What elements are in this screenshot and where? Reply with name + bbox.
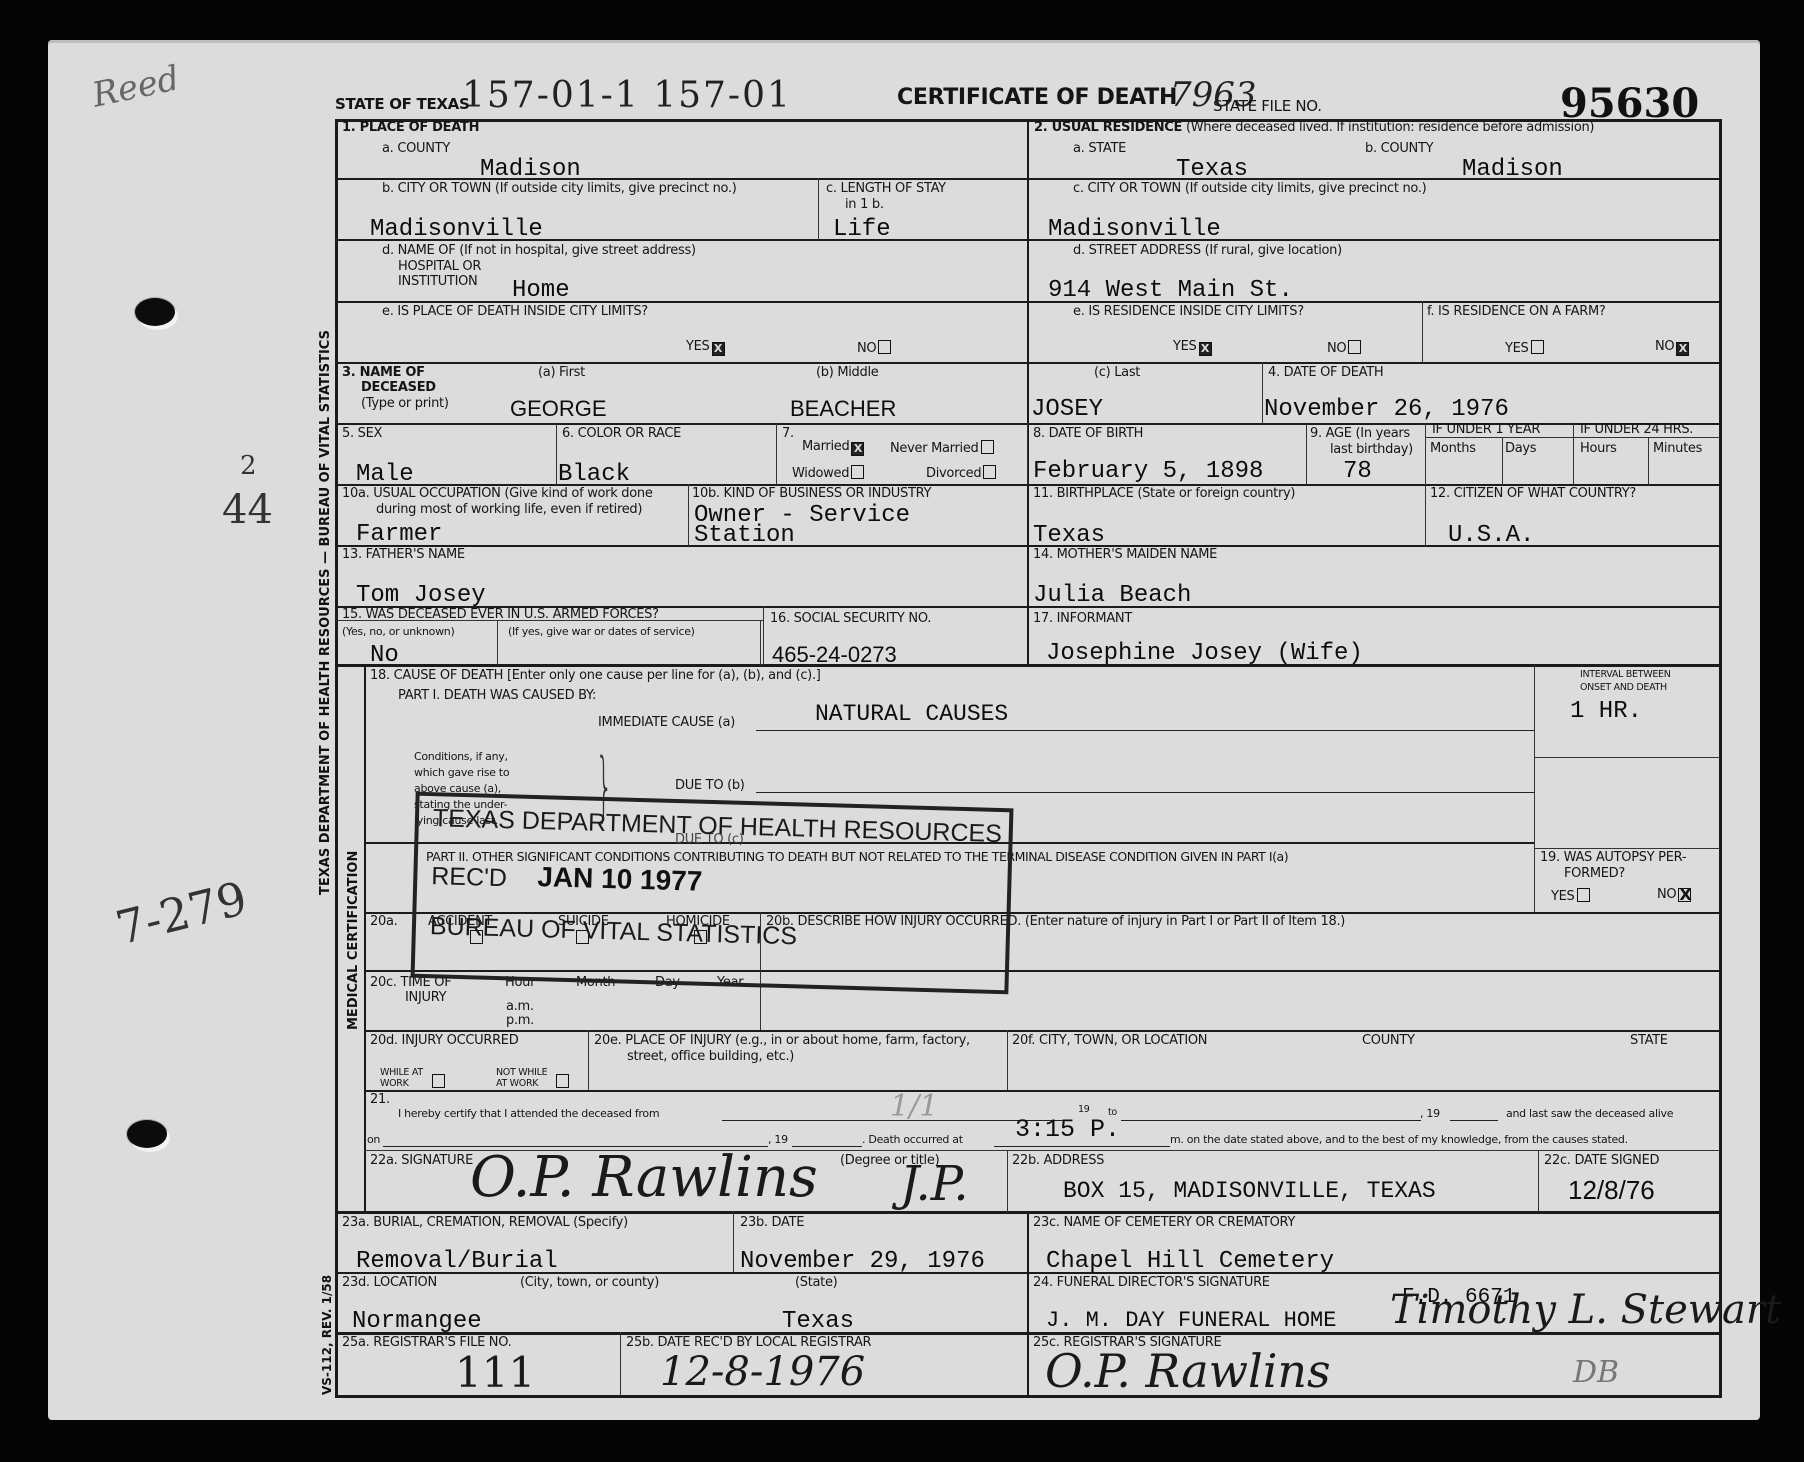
father-label: 13. FATHER'S NAME [342, 548, 465, 563]
birthplace-label: 11. BIRTHPLACE (State or foreign country… [1033, 487, 1295, 502]
res-state-label: a. STATE [1073, 142, 1126, 157]
yes-label: YES [1173, 339, 1197, 354]
interval-value[interactable]: 1 HR. [1570, 700, 1642, 724]
burial-date-label: 23b. DATE [740, 1216, 804, 1231]
while-at-work[interactable]: WHILE AT WORK [380, 1068, 460, 1090]
birthplace-value[interactable]: Texas [1033, 524, 1105, 548]
no-label: NO [1657, 887, 1676, 902]
death-inside-limits-label: e. IS PLACE OF DEATH INSIDE CITY LIMITS? [382, 305, 648, 320]
informant-label: 17. INFORMANT [1033, 612, 1132, 627]
race-value[interactable]: Black [558, 463, 630, 487]
checkbox-checked[interactable]: X [1676, 342, 1689, 356]
section-place-of-death: 1. PLACE OF DEATH [342, 121, 479, 136]
occupation-label-1: 10a. USUAL OCCUPATION (Give kind of work… [342, 487, 653, 502]
no-label: NO [857, 341, 876, 356]
interval-label-2: ONSET AND DEATH [1580, 683, 1667, 694]
immediate-cause-line [756, 730, 1534, 731]
marital-never-married[interactable]: Never Married [890, 440, 994, 457]
punch-hole-bottom [127, 1120, 167, 1148]
mid-divider [1027, 1212, 1029, 1397]
divider [556, 423, 557, 485]
handwritten-codes: 157-01-1 157-01 [462, 78, 792, 114]
ssn-value[interactable]: 465-24-0273 [772, 644, 897, 666]
checkbox-x[interactable]: X [1678, 888, 1691, 902]
divider [620, 1332, 621, 1396]
last-name-label: (c) Last [1094, 366, 1140, 381]
cert-line2-d: m. on the date stated above, and to the … [1170, 1134, 1628, 1147]
location-sub2: (State) [795, 1276, 837, 1291]
immediate-cause-label: IMMEDIATE CAUSE (a) [598, 716, 735, 731]
part1-label: PART I. DEATH WAS CAUSED BY: [398, 689, 596, 704]
immediate-cause-value[interactable]: NATURAL CAUSES [815, 703, 1008, 726]
divider [588, 1030, 589, 1090]
armed-forces-label: 15. WAS DECEASED EVER IN U.S. ARMED FORC… [342, 608, 659, 623]
hours-label: Hours [1580, 442, 1617, 457]
form-code-label: VS-112, REV. 1/58 [320, 1275, 334, 1395]
rule [1534, 848, 1720, 849]
age-label-2: last birthday) [1330, 443, 1413, 458]
res-city-label: c. CITY OR TOWN (If outside city limits,… [1073, 182, 1426, 197]
divider [1007, 1150, 1008, 1212]
divider [818, 178, 819, 240]
res-street-label: d. STREET ADDRESS (If rural, give locati… [1073, 244, 1342, 259]
burial-label: 23a. BURIAL, CREMATION, REMOVAL (Specify… [342, 1216, 628, 1231]
res-inside-limits-no[interactable]: NO [1327, 340, 1361, 357]
physician-degree: J.P. [900, 1160, 969, 1208]
injury-c-label-2: INJURY [405, 991, 446, 1006]
punch-hole-top [135, 298, 175, 326]
months-label: Months [1430, 442, 1476, 457]
occupation-label-2: during most of working life, even if ret… [376, 503, 642, 518]
due-to-b-label: DUE TO (b) [675, 779, 745, 794]
divider [1648, 437, 1649, 485]
under-day-label: IF UNDER 24 HRS. [1580, 423, 1693, 438]
checkbox-unchecked[interactable] [1348, 340, 1361, 354]
sex-value[interactable]: Male [356, 463, 414, 487]
divider [1573, 423, 1574, 485]
divider [1306, 423, 1307, 485]
death-time-value[interactable]: 3:15 P. [1015, 1117, 1120, 1142]
never-married-label: Never Married [890, 441, 979, 456]
pm-label: p.m. [506, 1014, 534, 1029]
injury-e-label-1: 20e. PLACE OF INJURY (e.g., in or about … [594, 1034, 970, 1049]
year-line [1450, 1120, 1498, 1121]
res-city-value[interactable]: Madisonville [1048, 218, 1221, 242]
margin-note-fraction-bottom: 44 [222, 490, 273, 530]
divider [760, 620, 761, 665]
registrar-file-value[interactable]: 111 [455, 1352, 535, 1394]
state-file-label: STATE FILE NO. [1213, 98, 1322, 115]
divorced-label: Divorced [926, 466, 981, 481]
marital-widowed[interactable]: Widowed [792, 465, 864, 482]
father-value[interactable]: Tom Josey [356, 584, 486, 608]
conditions-note-2: which gave rise to [414, 767, 509, 780]
res-farm-label: f. IS RESIDENCE ON A FARM? [1427, 305, 1605, 320]
injury-state-label: STATE [1630, 1034, 1668, 1049]
yes-label: YES [1551, 889, 1575, 904]
address-value[interactable]: BOX 15, MADISONVILLE, TEXAS [1063, 1180, 1436, 1203]
cert-line1-a: I hereby certify that I attended the dec… [398, 1108, 659, 1121]
res-county-label: b. COUNTY [1365, 142, 1433, 157]
no-label: NO [1655, 339, 1674, 354]
autopsy-yes[interactable]: YES [1551, 888, 1590, 905]
funeral-label: 24. FUNERAL DIRECTOR'S SIGNATURE [1033, 1276, 1270, 1291]
form-right-border [1719, 119, 1722, 1398]
date-of-death-value[interactable]: November 26, 1976 [1264, 398, 1509, 422]
cert-line1-e: and last saw the deceased alive [1506, 1108, 1673, 1121]
yes-label: YES [686, 339, 710, 354]
res-inside-limits-yes[interactable]: YESX [1173, 340, 1212, 356]
cemetery-value[interactable]: Chapel Hill Cemetery [1046, 1250, 1334, 1274]
physician-signature: O.P. Rawlins [470, 1150, 818, 1206]
informant-value[interactable]: Josephine Josey (Wife) [1046, 642, 1363, 666]
signature-label: 22a. SIGNATURE [370, 1154, 473, 1169]
res-state-value[interactable]: Texas [1176, 158, 1248, 182]
autopsy-label-2: FORMED? [1564, 867, 1625, 882]
divider [497, 620, 498, 665]
certificate-title: CERTIFICATE OF DEATH [897, 85, 1177, 110]
hospital-label-3: INSTITUTION [398, 275, 477, 290]
checkbox-checked[interactable]: X [851, 442, 864, 456]
death-county-label: a. COUNTY [382, 142, 450, 157]
location-sub1: (City, town, or county) [520, 1276, 659, 1291]
checkbox-unchecked[interactable] [983, 465, 996, 479]
ssn-label: 16. SOCIAL SECURITY NO. [770, 612, 931, 627]
autopsy-no[interactable]: NOX [1657, 888, 1691, 903]
section-usual-residence: 2. USUAL RESIDENCE (Where deceased lived… [1034, 121, 1594, 136]
location-label: 23d. LOCATION [342, 1276, 437, 1291]
race-label: 6. COLOR OR RACE [562, 427, 681, 442]
divider [1027, 423, 1028, 485]
attended-to-line [1121, 1120, 1421, 1121]
dob-value[interactable]: February 5, 1898 [1033, 460, 1263, 484]
while-at-work-label: WHILE AT WORK [380, 1068, 430, 1090]
checkbox-unchecked[interactable] [432, 1074, 445, 1088]
cemetery-label: 23c. NAME OF CEMETERY OR CREMATORY [1033, 1216, 1295, 1231]
checkbox-unchecked[interactable] [1531, 340, 1544, 354]
injury-e-label-2: street, office building, etc.) [627, 1050, 794, 1065]
sex-label: 5. SEX [342, 427, 382, 442]
divider [776, 423, 777, 485]
rule [364, 1090, 1720, 1092]
interval-divider [1534, 665, 1535, 913]
vertical-dept-label: TEXAS DEPARTMENT OF HEALTH RESOURCES — B… [318, 330, 333, 895]
divider [1502, 437, 1503, 485]
divider [688, 484, 689, 546]
res-county-value[interactable]: Madison [1462, 158, 1563, 182]
injury-a-label: 20a. [370, 915, 397, 930]
injury-d-label: 20d. INJURY OCCURRED [370, 1034, 518, 1049]
received-stamp: TEXAS DEPARTMENT OF HEALTH RESOURCES REC… [411, 792, 1014, 995]
checkbox-checked[interactable]: X [1199, 342, 1212, 356]
last-name-value[interactable]: JOSEY [1031, 398, 1103, 422]
not-while-at-work[interactable]: NOT WHILE AT WORK [496, 1068, 586, 1090]
registrar-date-value[interactable]: 12-8-1976 [660, 1352, 865, 1392]
divider [1007, 1030, 1008, 1090]
res-farm-no[interactable]: NOX [1655, 340, 1689, 356]
rule [1534, 757, 1720, 758]
res-inside-limits-label: e. IS RESIDENCE INSIDE CITY LIMITS? [1073, 305, 1304, 320]
middle-name-value[interactable]: BEACHER [790, 398, 896, 420]
res-street-value[interactable]: 914 West Main St. [1048, 279, 1293, 303]
usual-residence-title: 2. USUAL RESIDENCE [1034, 120, 1182, 135]
marital-label: 7. [782, 427, 794, 442]
form-left-border [335, 119, 338, 1398]
first-name-label: (a) First [538, 366, 585, 381]
business-label: 10b. KIND OF BUSINESS OR INDUSTRY [692, 487, 931, 502]
interval-label-1: INTERVAL BETWEEN [1580, 670, 1671, 681]
date-of-death-label: 4. DATE OF DEATH [1268, 366, 1383, 381]
medical-inner-border [364, 665, 366, 1212]
autopsy-label-1: 19. WAS AUTOPSY PER- [1540, 851, 1686, 866]
yes-label: YES [1505, 341, 1529, 356]
divider [1538, 1150, 1539, 1212]
widowed-label: Widowed [792, 466, 849, 481]
divider [1422, 301, 1423, 363]
death-inside-limits-no[interactable]: NO [857, 340, 891, 357]
name-label-3: (Type or print) [361, 397, 449, 412]
cert-line2-c: . Death occurred at [862, 1134, 963, 1147]
days-label: Days [1505, 442, 1536, 457]
rule [364, 1030, 1720, 1032]
cert-line1-d: , 19 [1420, 1108, 1440, 1121]
cert-num: 21. [370, 1093, 390, 1108]
hospital-label-2: HOSPITAL OR [398, 260, 481, 275]
location-city-value[interactable]: Normangee [352, 1310, 482, 1334]
divider [1425, 423, 1426, 545]
name-label-1: 3. NAME OF [342, 366, 425, 381]
conditions-note-1: Conditions, if any, [414, 751, 508, 764]
divider [1262, 362, 1263, 424]
stamp-line1: TEXAS DEPARTMENT OF HEALTH RESOURCES [433, 804, 1003, 849]
death-city-label: b. CITY OR TOWN (If outside city limits,… [382, 182, 737, 197]
mother-value[interactable]: Julia Beach [1033, 584, 1191, 608]
middle-name-label: (b) Middle [816, 366, 878, 381]
armed-forces-sub1: (Yes, no, or unknown) [342, 626, 454, 639]
due-to-b-line [756, 792, 1534, 793]
death-county-value[interactable]: Madison [480, 158, 581, 182]
under-year-label: IF UNDER 1 YEAR [1432, 423, 1540, 438]
checkbox-unchecked[interactable] [556, 1074, 569, 1088]
stay-label-2: in 1 b. [845, 198, 884, 213]
cause-label: 18. CAUSE OF DEATH [Enter only one cause… [370, 669, 821, 684]
stay-value[interactable]: Life [833, 218, 891, 242]
death-inside-limits-yes[interactable]: YESX [686, 340, 725, 356]
registrar-initials: DB [1573, 1358, 1619, 1388]
armed-forces-value[interactable]: No [370, 644, 399, 668]
address-label: 22b. ADDRESS [1012, 1154, 1104, 1169]
occupation-value[interactable]: Farmer [356, 523, 442, 547]
hospital-label-1: d. NAME OF (If not in hospital, give str… [382, 244, 696, 259]
checkbox-unchecked[interactable] [981, 440, 994, 454]
divider [733, 1212, 734, 1272]
marital-married[interactable]: MarriedX [802, 440, 864, 456]
stamp-recd-date: JAN 10 1977 [537, 861, 703, 898]
dob-label: 8. DATE OF BIRTH [1033, 427, 1143, 442]
citizen-value[interactable]: U.S.A. [1448, 524, 1534, 548]
date-signed-value[interactable]: 12/8/76 [1568, 1177, 1655, 1203]
death-city-value[interactable]: Madisonville [370, 218, 543, 242]
checkbox-unchecked[interactable] [851, 465, 864, 479]
business-value-line2[interactable]: Station [694, 524, 795, 548]
checkbox-checked[interactable]: X [712, 342, 725, 356]
state-label: STATE OF TEXAS [335, 96, 470, 113]
first-name-value[interactable]: GEORGE [510, 398, 607, 420]
funeral-home-value[interactable]: J. M. DAY FUNERAL HOME [1046, 1310, 1336, 1332]
injury-county-label: COUNTY [1362, 1034, 1415, 1049]
injury-f-label: 20f. CITY, TOWN, OR LOCATION [1012, 1034, 1207, 1049]
no-label: NO [1327, 341, 1346, 356]
age-label-1: 9. AGE (In years [1310, 427, 1410, 442]
mid-divider [1027, 119, 1029, 665]
marital-divorced[interactable]: Divorced [926, 465, 996, 482]
vertical-medical-label: MEDICAL CERTIFICATION [346, 851, 361, 1030]
handwritten-attended: 1/1 [890, 1092, 938, 1122]
divider [763, 606, 764, 665]
location-state-value[interactable]: Texas [782, 1310, 854, 1334]
margin-note-fraction-top: 2 [240, 453, 257, 479]
res-farm-yes[interactable]: YES [1505, 340, 1544, 357]
not-while-at-work-label: NOT WHILE AT WORK [496, 1068, 554, 1090]
hospital-value[interactable]: Home [512, 279, 570, 303]
burial-date-value[interactable]: November 29, 1976 [740, 1250, 985, 1274]
checkbox-unchecked[interactable] [878, 340, 891, 354]
citizen-label: 12. CITIZEN OF WHAT COUNTRY? [1430, 487, 1636, 502]
date-signed-label: 22c. DATE SIGNED [1544, 1154, 1659, 1169]
armed-forces-sub2: (If yes, give war or dates of service) [508, 626, 695, 639]
death-time-line [994, 1146, 1170, 1147]
stamp-recd-label: REC'D [431, 862, 507, 893]
cert-line2-a: on [367, 1134, 380, 1147]
registrar-signature: O.P. Rawlins [1045, 1348, 1331, 1394]
checkbox-unchecked[interactable] [1577, 888, 1590, 902]
stay-label-1: c. LENGTH OF STAY [826, 182, 946, 197]
stamp-line3: BUREAU OF VITAL STATISTICS [430, 912, 798, 951]
usual-residence-note: (Where deceased lived. If institution: r… [1186, 120, 1594, 135]
funeral-director-signature: Timothy L. Stewart [1390, 1290, 1781, 1330]
married-label: Married [802, 439, 849, 454]
mother-label: 14. MOTHER'S MAIDEN NAME [1033, 548, 1217, 563]
burial-value[interactable]: Removal/Burial [356, 1250, 558, 1274]
name-label-2: DECEASED [361, 381, 436, 396]
age-value[interactable]: 78 [1343, 460, 1372, 484]
minutes-label: Minutes [1653, 442, 1702, 457]
